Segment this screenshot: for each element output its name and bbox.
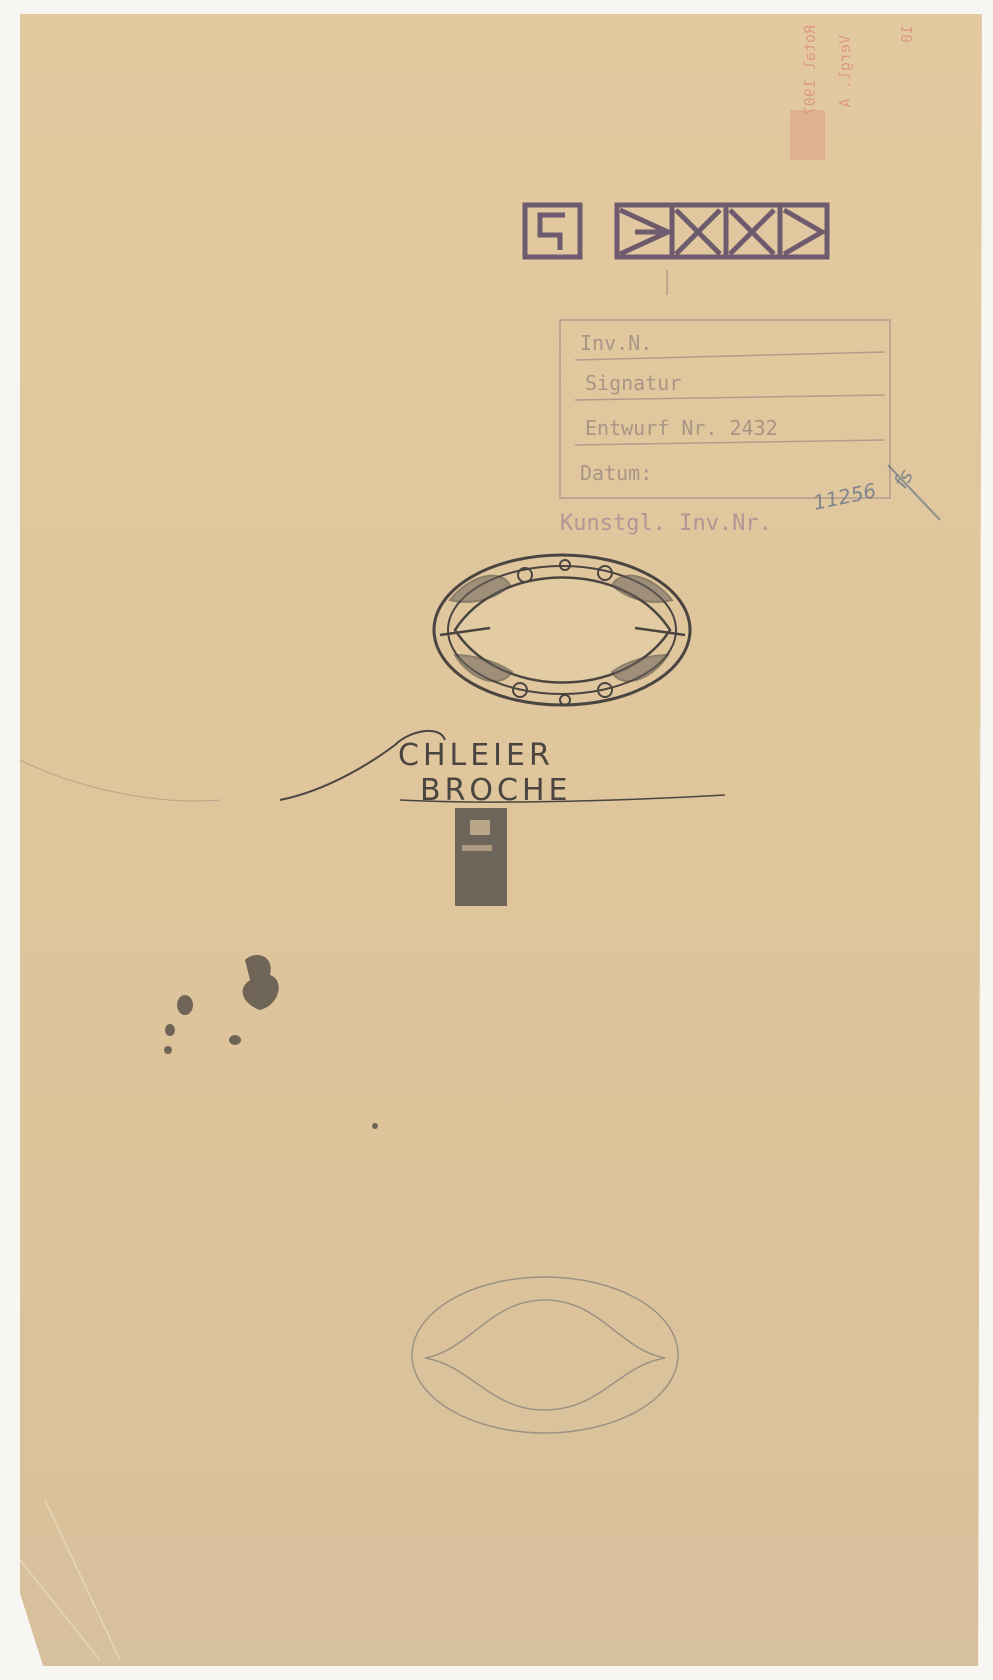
brooch-drawing [434,555,690,705]
archive-row-1: Inv.N. [580,331,652,355]
svg-text:10: 10 [898,25,916,43]
caption: CHLEIER BROCHE [398,738,572,808]
svg-text:Vergl. A: Vergl. A [836,35,854,107]
brooch-outline-sketch [412,1277,678,1433]
archive-footer: Kunstgl. Inv.Nr. [560,511,772,536]
handwritten-number: 11256 [811,478,878,515]
archive-row-4: Datum: [580,461,652,485]
archive-row-2: Signatur [585,371,681,395]
svg-text:Rotal 1907: Rotal 1907 [801,25,819,115]
caption-line-1: CHLEIER [398,738,554,773]
archive-row-3: Entwurf Nr. 2432 [585,416,778,440]
monogram-stamp [525,205,827,257]
artwork-canvas: Rotal 1907 Vergl. A 10 Inv.N. Signatur E… [0,0,993,1680]
paper-crease [20,1500,120,1660]
ink-smudge [164,955,378,1129]
monogram-mark [455,808,507,906]
red-stamp: Rotal 1907 Vergl. A 10 [790,25,916,160]
